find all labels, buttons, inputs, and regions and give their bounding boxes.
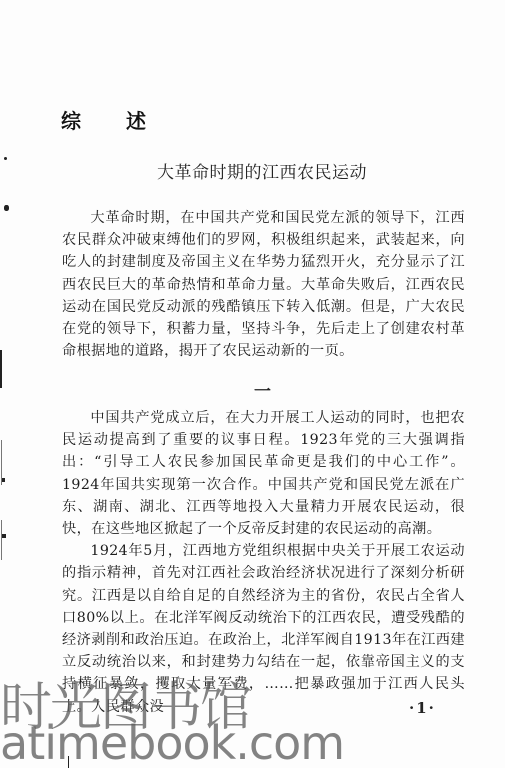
document-page: 综述 大革命时期的江西农民运动 大革命时期，在中国共产党和国民党左派的领导下，江… [0,0,505,768]
page-number: ·1· [409,699,436,717]
scan-edge-line [0,350,2,388]
scan-speck [2,478,5,482]
scan-speck [4,205,9,211]
watermark-url: atimebook.com [0,716,344,768]
body-paragraph: 中国共产党成立后，在大力开展工人运动的同时，也把农民运动提高到了重要的议事日程。… [62,407,465,540]
section-heading: 综述 [61,105,147,134]
intro-paragraph: 大革命时期，在中国共产党和国民党左派的领导下，江西农民群众冲破束缚他们的罗网，积… [62,207,465,362]
section-heading-char-1: 综 [61,105,82,134]
part-number: 一 [254,377,271,402]
scan-edge-line [1,520,2,560]
section-heading-char-2: 述 [126,105,147,134]
article-title: 大革命时期的江西农民运动 [157,158,367,183]
scan-speck [4,157,7,160]
scan-speck [2,534,6,538]
intro-section: 大革命时期，在中国共产党和国民党左派的领导下，江西农民群众冲破束缚他们的罗网，积… [62,207,465,362]
